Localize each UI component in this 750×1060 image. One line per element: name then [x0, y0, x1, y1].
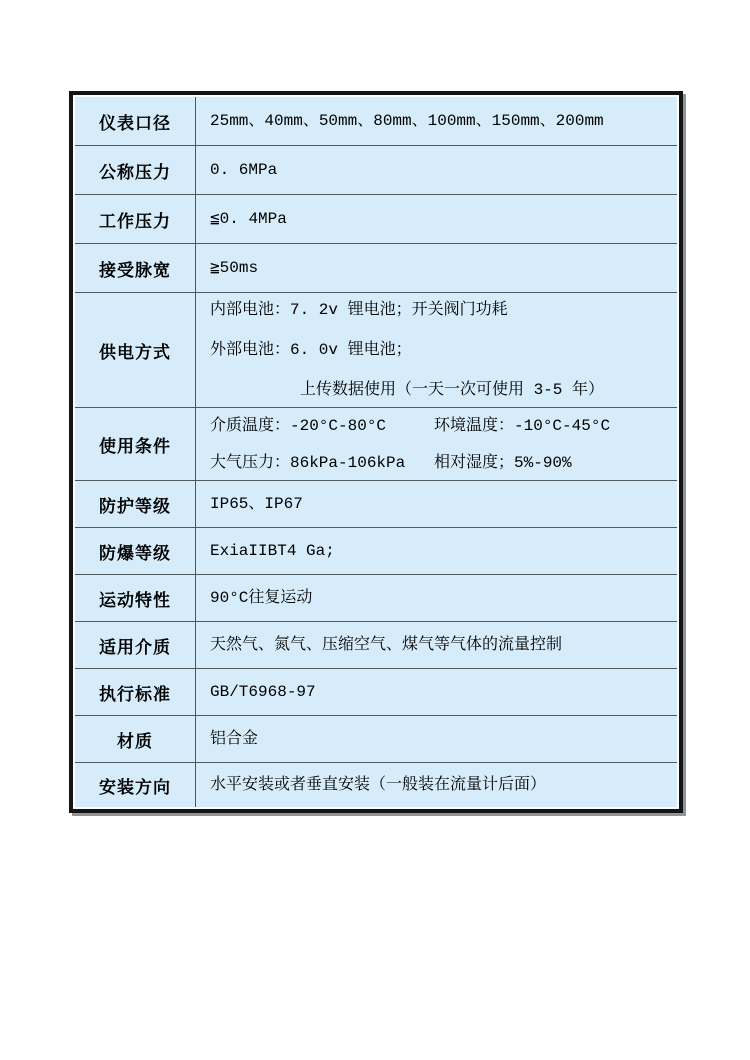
spec-row-applicable-media: 适用介质 天然气、氮气、压缩空气、煤气等气体的流量控制	[75, 621, 677, 668]
spec-value: 内部电池：7. 2v 锂电池；开关阀门功耗 外部电池：6. 0v 锂电池； 上传…	[196, 293, 677, 407]
spec-row-explosion-proof-grade: 防爆等级 ExiaIIBT4 Ga;	[75, 527, 677, 574]
spec-value: GB/T6968-97	[196, 669, 677, 715]
spec-value: 水平安装或者垂直安装（一般装在流量计后面）	[196, 763, 677, 807]
spec-row-installation-direction: 安装方向 水平安装或者垂直安装（一般装在流量计后面）	[75, 762, 677, 807]
spec-label: 使用条件	[75, 408, 196, 480]
spec-label: 适用介质	[75, 622, 196, 668]
spec-value: ≦0. 4MPa	[196, 195, 677, 243]
spec-value-line: 天然气、氮气、压缩空气、煤气等气体的流量控制	[210, 635, 671, 655]
spec-row-nominal-pressure: 公称压力 0. 6MPa	[75, 145, 677, 194]
spec-value: 天然气、氮气、压缩空气、煤气等气体的流量控制	[196, 622, 677, 668]
spec-value-line: IP65、IP67	[210, 494, 671, 514]
spec-value-line: GB/T6968-97	[210, 682, 671, 702]
spec-value: ≧50ms	[196, 244, 677, 292]
spec-label: 执行标准	[75, 669, 196, 715]
spec-label: 防护等级	[75, 481, 196, 527]
spec-value-line: 铝合金	[210, 729, 671, 749]
spec-value: 25mm、40mm、50mm、80mm、100mm、150mm、200mm	[196, 97, 677, 145]
spec-row-material: 材质 铝合金	[75, 715, 677, 762]
spec-value-line: 0. 6MPa	[210, 160, 671, 180]
spec-label: 运动特性	[75, 575, 196, 621]
spec-value-line: ExiaIIBT4 Ga;	[210, 541, 671, 561]
spec-table: 仪表口径 25mm、40mm、50mm、80mm、100mm、150mm、200…	[69, 91, 683, 813]
spec-row-meter-diameter: 仪表口径 25mm、40mm、50mm、80mm、100mm、150mm、200…	[75, 97, 677, 145]
spec-row-operating-conditions: 使用条件 介质温度：-20°C-80°C 环境温度：-10°C-45°C 大气压…	[75, 407, 677, 480]
spec-label: 材质	[75, 716, 196, 762]
spec-row-standard: 执行标准 GB/T6968-97	[75, 668, 677, 715]
spec-value-line: 水平安装或者垂直安装（一般装在流量计后面）	[210, 775, 671, 795]
spec-row-power-supply: 供电方式 内部电池：7. 2v 锂电池；开关阀门功耗 外部电池：6. 0v 锂电…	[75, 292, 677, 407]
spec-row-working-pressure: 工作压力 ≦0. 4MPa	[75, 194, 677, 243]
spec-value: 0. 6MPa	[196, 146, 677, 194]
spec-value: 铝合金	[196, 716, 677, 762]
spec-value-line: 内部电池：7. 2v 锂电池；开关阀门功耗	[210, 300, 671, 320]
spec-label: 供电方式	[75, 293, 196, 407]
spec-value-line: ≧50ms	[210, 258, 671, 278]
spec-label: 安装方向	[75, 763, 196, 807]
spec-label: 防爆等级	[75, 528, 196, 574]
spec-row-motion-characteristics: 运动特性 90°C往复运动	[75, 574, 677, 621]
spec-value: 介质温度：-20°C-80°C 环境温度：-10°C-45°C 大气压力：86k…	[196, 408, 677, 480]
spec-value-line: 外部电池：6. 0v 锂电池；	[210, 340, 671, 360]
spec-row-protection-grade: 防护等级 IP65、IP67	[75, 480, 677, 527]
spec-row-pulse-width: 接受脉宽 ≧50ms	[75, 243, 677, 292]
spec-label: 公称压力	[75, 146, 196, 194]
spec-value-line: 90°C往复运动	[210, 588, 671, 608]
spec-value-line: 介质温度：-20°C-80°C 环境温度：-10°C-45°C	[210, 416, 671, 436]
spec-value-line: 大气压力：86kPa-106kPa 相对湿度；5%-90%	[210, 453, 671, 473]
spec-value: ExiaIIBT4 Ga;	[196, 528, 677, 574]
spec-value-line: 上传数据使用（一天一次可使用 3-5 年）	[210, 380, 671, 400]
spec-label: 接受脉宽	[75, 244, 196, 292]
spec-value-line: ≦0. 4MPa	[210, 209, 671, 229]
spec-value: IP65、IP67	[196, 481, 677, 527]
spec-label: 工作压力	[75, 195, 196, 243]
spec-label: 仪表口径	[75, 97, 196, 145]
spec-value-line: 25mm、40mm、50mm、80mm、100mm、150mm、200mm	[210, 111, 671, 131]
spec-table-grid: 仪表口径 25mm、40mm、50mm、80mm、100mm、150mm、200…	[75, 97, 677, 807]
spec-value: 90°C往复运动	[196, 575, 677, 621]
